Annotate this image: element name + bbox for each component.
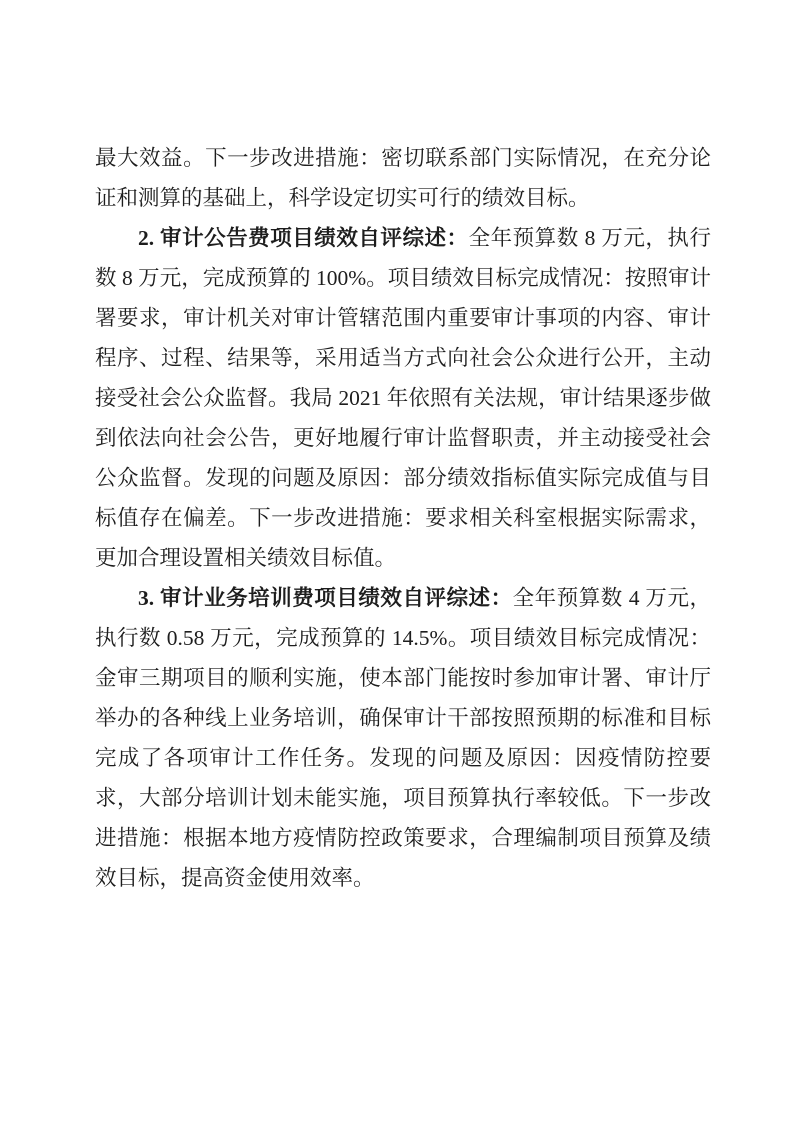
paragraph-audit-announcement-fee: 2. 审计公告费项目绩效自评综述：全年预算数 8 万元，执行数 8 万元，完成预… xyxy=(95,218,711,578)
document-body: 最大效益。下一步改进措施：密切联系部门实际情况，在充分论证和测算的基础上，科学设… xyxy=(95,138,711,898)
paragraph-lead-bold: 2. 审计公告费项目绩效自评综述： xyxy=(138,226,469,250)
document-page: 最大效益。下一步改进措施：密切联系部门实际情况，在充分论证和测算的基础上，科学设… xyxy=(0,0,793,1122)
paragraph-continuation: 最大效益。下一步改进措施：密切联系部门实际情况，在充分论证和测算的基础上，科学设… xyxy=(95,138,711,218)
paragraph-text: 最大效益。下一步改进措施：密切联系部门实际情况，在充分论证和测算的基础上，科学设… xyxy=(95,146,711,210)
paragraph-lead-bold: 3. 审计业务培训费项目绩效自评综述： xyxy=(138,586,513,610)
paragraph-audit-training-fee: 3. 审计业务培训费项目绩效自评综述：全年预算数 4 万元，执行数 0.58 万… xyxy=(95,578,711,898)
paragraph-text: 全年预算数 4 万元，执行数 0.58 万元，完成预算的 14.5%。项目绩效目… xyxy=(95,586,711,890)
paragraph-text: 全年预算数 8 万元，执行数 8 万元，完成预算的 100%。项目绩效目标完成情… xyxy=(95,226,711,570)
